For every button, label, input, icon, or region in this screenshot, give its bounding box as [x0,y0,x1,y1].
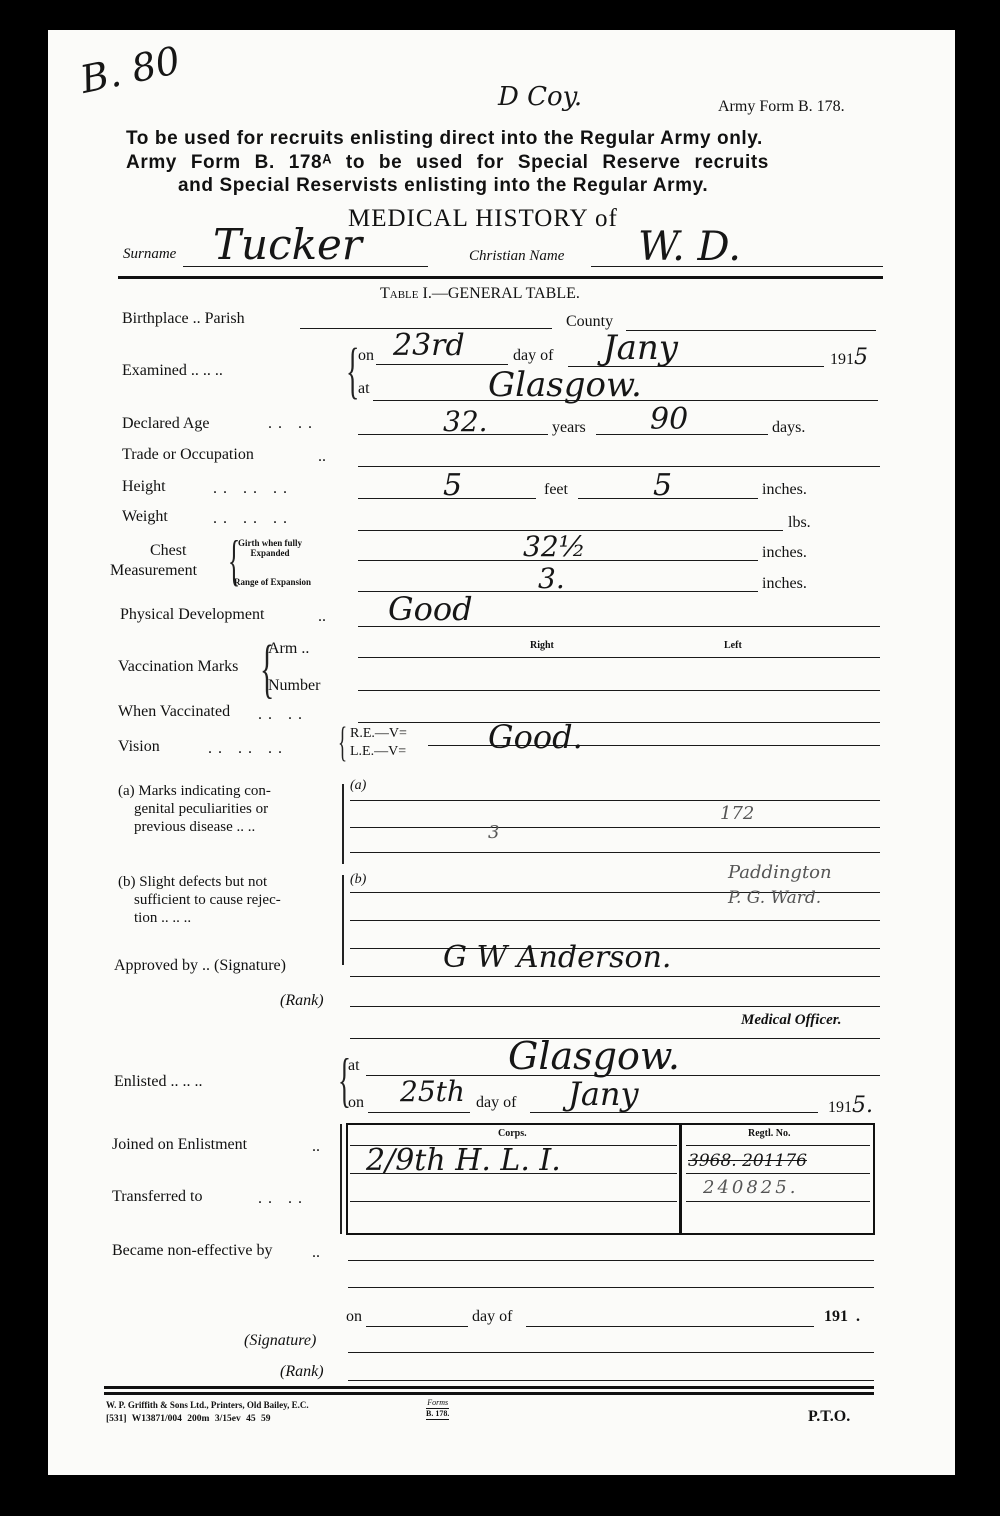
corps-header: Corps. [498,1128,527,1139]
enlisted-at-label: at [348,1057,360,1075]
defects-b-line-field-2[interactable] [350,920,880,921]
page-title: MEDICAL HISTORY of [348,205,618,233]
examined-year-suffix[interactable]: 5 [854,345,868,370]
vaccination-label: Vaccination Marks [118,658,238,676]
regtl-row-line-2 [686,1173,870,1174]
age-days-label: days. [772,419,805,437]
height-feet-value[interactable]: 5 [443,468,462,503]
trade-label: Trade or Occupation [122,446,254,464]
age-years-label: years [552,419,586,437]
vision-le-label: L.E.—V= [350,744,406,760]
non-effective-on-label: on [346,1308,362,1326]
marks-a-line-field-1[interactable] [350,800,880,801]
defects-b-label: (b) Slight defects but not sufficient to… [118,873,281,927]
chest-label-bottom: Measurement [110,562,197,580]
rank-label: (Rank) [280,1363,324,1381]
approved-rank-label: (Rank) [280,992,324,1010]
examined-day-of-label: day of [513,347,553,365]
enlisted-month-value[interactable]: Jany [568,1075,639,1113]
vaccination-arm-label: Arm .. [268,640,309,658]
printer-line-2: [531] W13871/004 200m 3/15ev 45 59 [106,1414,270,1424]
marks-a-bracket [342,784,344,864]
christian-name-label: Christian Name [469,248,564,265]
defects-b-note-2: P. G. Ward. [728,888,821,908]
corps-row-line-3 [350,1201,677,1202]
signature-line[interactable] [348,1352,874,1353]
printer-line-1: W. P. Griffith & Sons Ltd., Printers, Ol… [106,1400,309,1410]
height-inches-value[interactable]: 5 [653,468,672,503]
regtl-no-struck-value: 3968. 201176 [688,1151,807,1171]
defects-b-note-1: Paddington [728,862,832,883]
vision-value[interactable]: Good. [488,718,583,756]
enlisted-year-suffix[interactable]: 5. [852,1093,873,1118]
corner-handwritten-note: B. 80 [77,38,184,102]
transferred-label: Transferred to [112,1188,203,1206]
forms-ref-bottom: B. 178. [426,1409,449,1420]
range-label: Range of Expansion [234,577,311,587]
forms-ref: Forms B. 178. [426,1398,449,1420]
examined-on-label: on [358,347,374,365]
forms-ref-top: Forms [426,1398,449,1409]
enlisted-label: Enlisted .. .. .. [114,1073,202,1091]
examined-year-prefix: 191 [830,351,854,368]
army-form-page: B. 80 D Coy. Army Form B. 178. To be use… [48,30,955,1475]
footer-rule-2 [104,1392,874,1395]
marks-a-note-2: 172 [720,803,754,824]
vaccination-number-label: Number [268,677,320,695]
when-vaccinated-label: When Vaccinated [118,703,230,721]
approved-by-text: Approved by .. (Signature) [114,957,286,974]
signature-label: (Signature) [244,1332,316,1350]
vision-dots: .. .. .. [208,740,288,758]
enlisted-place-value[interactable]: Glasgow. [508,1034,680,1078]
age-days-value[interactable]: 90 [650,402,688,437]
form-number: Army Form B. 178. [718,98,845,116]
examined-month-value[interactable]: Jany [603,328,678,368]
examined-year: 1915 [830,345,868,370]
height-dots: .. .. .. [213,480,293,498]
approved-signature-value[interactable]: G W Anderson. [443,940,671,975]
medical-officer-label: Medical Officer. [741,1012,842,1029]
enlisted-year: 1915. [828,1093,873,1118]
declared-age-dots: .. .. [268,415,318,433]
instruction-line-1: To be used for recruits enlisting direct… [126,128,763,150]
defects-b-tag: (b) [350,872,366,888]
marks-a-line-3: previous disease .. .. [118,818,271,836]
instruction-line-2: Army Form B. 178ᴬ to be used for Special… [126,152,769,174]
vision-brace: { [338,722,347,764]
header-divider [118,276,883,279]
pto-label: P.T.O. [808,1408,850,1426]
examined-label: Examined .. .. .. [122,362,223,380]
girth-label-2: Expanded [238,548,302,558]
marks-a-line-1: (a) Marks indicating con- [118,782,271,800]
non-effective-line-1[interactable] [348,1260,874,1261]
birthplace-label: Birthplace .. Parish [122,310,245,328]
when-vaccinated-dots: .. .. [258,706,308,724]
regtl-no-value[interactable]: 240825. [703,1177,798,1198]
vaccination-right-label: Right [530,640,554,651]
chest-label-top: Chest [150,542,186,560]
defects-b-line-1: (b) Slight defects but not [118,873,281,891]
range-value[interactable]: 3. [538,562,565,595]
regtl-row-line-3 [686,1201,870,1202]
vision-re-label: R.E.—V= [350,726,407,742]
girth-unit: inches. [762,544,807,562]
vision-label: Vision [118,738,160,756]
non-effective-month-line[interactable] [526,1326,814,1327]
surname-value[interactable]: Tucker [213,220,362,269]
examined-at-label: at [358,380,370,398]
non-effective-day-line[interactable] [366,1326,468,1327]
marks-a-line-field-2[interactable] [350,827,880,828]
girth-label-1: Girth when fully [238,538,302,548]
non-effective-year: 191 . [824,1308,860,1326]
when-vaccinated-line[interactable] [358,722,880,723]
defects-b-bracket [342,875,344,965]
enlisted-day-of-label: day of [476,1094,516,1112]
regtl-no-header: Regtl. No. [748,1128,791,1139]
enlisted-day-line [368,1112,470,1113]
corps-value[interactable]: 2/9th H. L. I. [366,1143,561,1178]
physical-development-dots: .. [318,608,326,626]
trade-dots: .. [318,448,326,466]
non-effective-year-prefix: 191 [824,1308,848,1325]
non-effective-label: Became non-effective by [112,1242,273,1260]
enlisted-on-label: on [348,1094,364,1112]
physical-development-label: Physical Development [120,606,264,624]
marks-a-line-field-3[interactable] [350,852,880,853]
girth-value[interactable]: 32½ [523,530,586,563]
height-feet-label: feet [544,481,568,499]
regtl-row-line-1 [686,1145,870,1146]
table-title: Table I.—GENERAL TABLE. [380,285,580,303]
vaccination-left-label: Left [724,640,742,651]
trade-line[interactable] [358,466,880,467]
examined-day-value[interactable]: 23rd [393,328,465,363]
vaccination-arm-line[interactable] [358,657,880,658]
joined-label: Joined on Enlistment [112,1136,247,1154]
vaccination-number-line[interactable] [358,690,880,691]
non-effective-line-2[interactable] [348,1287,874,1288]
examined-place-value[interactable]: Glasgow. [488,365,642,405]
footer-rule-1 [104,1386,874,1389]
enlisted-day-value[interactable]: 25th [400,1075,465,1108]
joined-dots: .. [312,1138,320,1156]
age-years-value[interactable]: 32. [443,405,488,438]
corps-bracket [340,1124,342,1234]
height-inches-label: inches. [762,481,807,499]
weight-dots: .. .. .. [213,510,293,528]
transferred-dots: .. .. [258,1190,308,1208]
weight-unit: lbs. [788,514,811,532]
range-unit: inches. [762,575,807,593]
non-effective-dots: .. [312,1244,320,1262]
approved-rank-line [350,1006,880,1007]
marks-a-line-2: genital peculiarities or [118,800,271,818]
approved-signature-line [350,976,880,977]
girth-label: Girth when fullyExpanded [238,538,302,558]
marks-a-label: (a) Marks indicating con- genital peculi… [118,782,271,836]
marks-a-note-1: 3 [488,822,499,843]
enlisted-year-prefix: 191 [828,1099,852,1116]
company-handwritten-note: D Coy. [498,82,582,112]
defects-b-line-2: sufficient to cause rejec- [118,891,281,909]
physical-development-value[interactable]: Good [388,590,473,628]
corps-table-divider [679,1125,682,1233]
rank-line[interactable] [348,1380,874,1381]
instruction-line-3: and Special Reservists enlisting into th… [178,175,708,197]
height-label: Height [122,478,166,496]
corps-table: Corps. Regtl. No. 2/9th H. L. I. 3968. 2… [346,1123,875,1235]
declared-age-label: Declared Age [122,415,210,433]
non-effective-day-of-label: day of [472,1308,512,1326]
non-effective-year-suffix: . [856,1308,860,1325]
marks-a-tag: (a) [350,778,366,794]
defects-b-line-3: tion .. .. .. [118,909,281,927]
approved-by-label: Approved by .. (Signature) [114,957,286,975]
weight-label: Weight [122,508,168,526]
christian-name-value[interactable]: W. D. [638,224,741,270]
surname-label: Surname [123,246,176,263]
